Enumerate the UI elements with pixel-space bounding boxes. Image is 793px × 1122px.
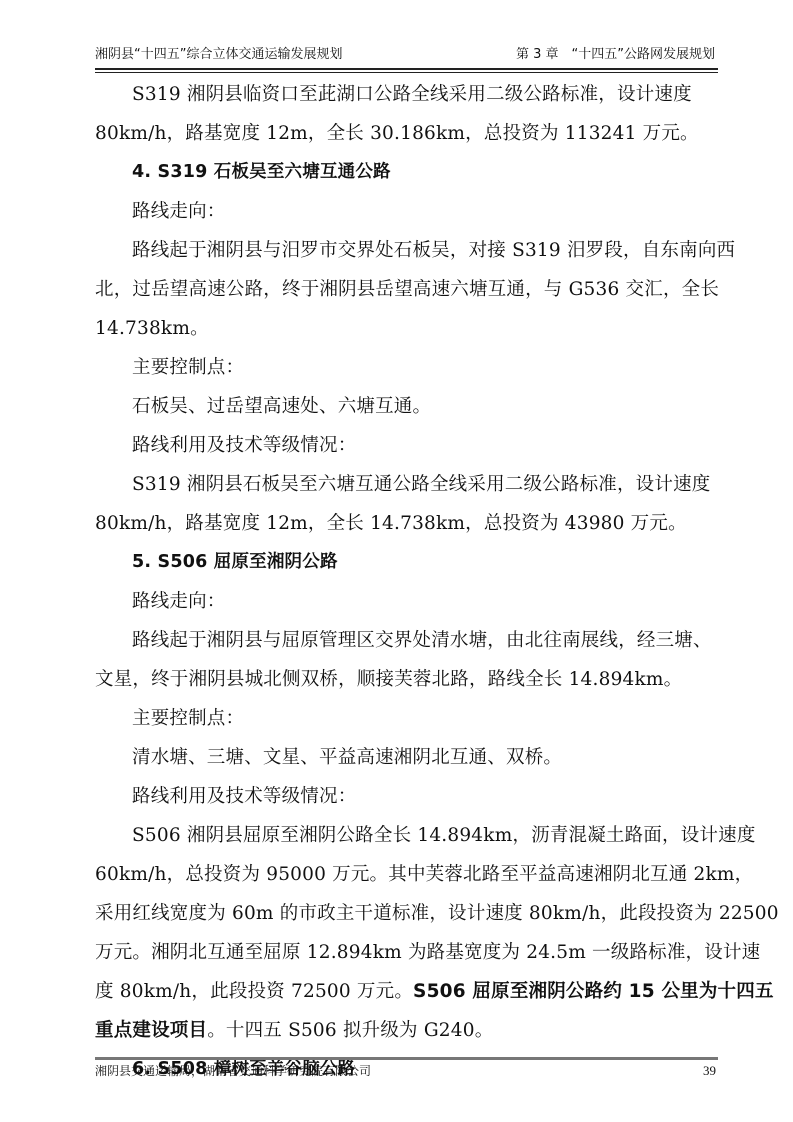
paragraph-line-mixed: 度 80km/h，此段投资 72500 万元。S506 屈原至湘阴公路约 15 … <box>95 972 715 1011</box>
header-chapter-title: 第 3 章 “十四五”公路网发展规划 <box>516 45 715 65</box>
paragraph-line: 14.738km。 <box>95 309 715 348</box>
subheading-control-points: 主要控制点： <box>95 699 715 738</box>
header-document-title: 湘阴县“十四五”综合立体交通运输发展规划 <box>95 45 342 65</box>
subheading-route-direction: 路线走向： <box>95 582 715 621</box>
subheading-control-points: 主要控制点： <box>95 348 715 387</box>
plain-text: 。十四五 S506 拟升级为 G240。 <box>207 1020 493 1041</box>
plain-text: 度 80km/h，此段投资 72500 万元。 <box>95 981 413 1002</box>
paragraph-line: 路线起于湘阴县与屈原管理区交界处清水塘，由北往南展线，经三塘、 <box>95 621 715 660</box>
paragraph-line: 80km/h，路基宽度 12m，全长 14.738km，总投资为 43980 万… <box>95 504 715 543</box>
paragraph-line: S319 湘阴县临资口至茈湖口公路全线采用二级公路标准，设计速度 <box>95 75 715 114</box>
subheading-technical-grade: 路线利用及技术等级情况： <box>95 426 715 465</box>
paragraph-line: 清水塘、三塘、文星、平益高速湘阴北互通、双桥。 <box>95 738 715 777</box>
paragraph-line: S506 湘阴县屈原至湘阴公路全长 14.894km，沥青混凝土路面，设计速度 <box>95 816 715 855</box>
page-footer: 湘阴县交通运输局，湖南省交通科学研究院有限公司 39 <box>95 1062 718 1080</box>
section-heading-s506-quyuan: 5. S506 屈原至湘阴公路 <box>95 543 715 582</box>
paragraph-line: 路线起于湘阴县与汨罗市交界处石板吴，对接 S319 汨罗段，自东南向西 <box>95 231 715 270</box>
footer-rule <box>95 1057 718 1060</box>
page-body: S319 湘阴县临资口至茈湖口公路全线采用二级公路标准，设计速度 80km/h，… <box>95 75 715 1089</box>
paragraph-line: 北，过岳望高速公路，终于湘阴县岳望高速六塘互通，与 G536 交汇，全长 <box>95 270 715 309</box>
subheading-technical-grade: 路线利用及技术等级情况： <box>95 777 715 816</box>
paragraph-line: 80km/h，路基宽度 12m，全长 30.186km，总投资为 113241 … <box>95 114 715 153</box>
paragraph-line-mixed: 重点建设项目。十四五 S506 拟升级为 G240。 <box>95 1011 715 1050</box>
paragraph-line: 石板吴、过岳望高速处、六塘互通。 <box>95 387 715 426</box>
header-rule-thin <box>95 72 718 73</box>
subheading-route-direction: 路线走向： <box>95 192 715 231</box>
page-header: 湘阴县“十四五”综合立体交通运输发展规划 第 3 章 “十四五”公路网发展规划 <box>95 45 715 65</box>
paragraph-line: S319 湘阴县石板吴至六塘互通公路全线采用二级公路标准，设计速度 <box>95 465 715 504</box>
paragraph-line: 文星，终于湘阴县城北侧双桥，顺接芙蓉北路，路线全长 14.894km。 <box>95 660 715 699</box>
page-number: 39 <box>703 1062 716 1080</box>
section-heading-s319-shibanwu: 4. S319 石板吴至六塘互通公路 <box>95 153 715 192</box>
header-rule-thick <box>95 68 718 70</box>
bold-emphasis-text: S506 屈原至湘阴公路约 15 公里为十四五 <box>413 981 774 1002</box>
bold-emphasis-text: 重点建设项目 <box>95 1020 207 1041</box>
paragraph-line: 采用红线宽度为 60m 的市政主干道标准，设计速度 80km/h，此段投资为 2… <box>95 894 715 933</box>
paragraph-line: 60km/h，总投资为 95000 万元。其中芙蓉北路至平益高速湘阴北互通 2k… <box>95 855 715 894</box>
footer-organizations: 湘阴县交通运输局，湖南省交通科学研究院有限公司 <box>95 1062 371 1080</box>
paragraph-line: 万元。湘阴北互通至屈原 12.894km 为路基宽度为 24.5m 一级路标准，… <box>95 933 715 972</box>
